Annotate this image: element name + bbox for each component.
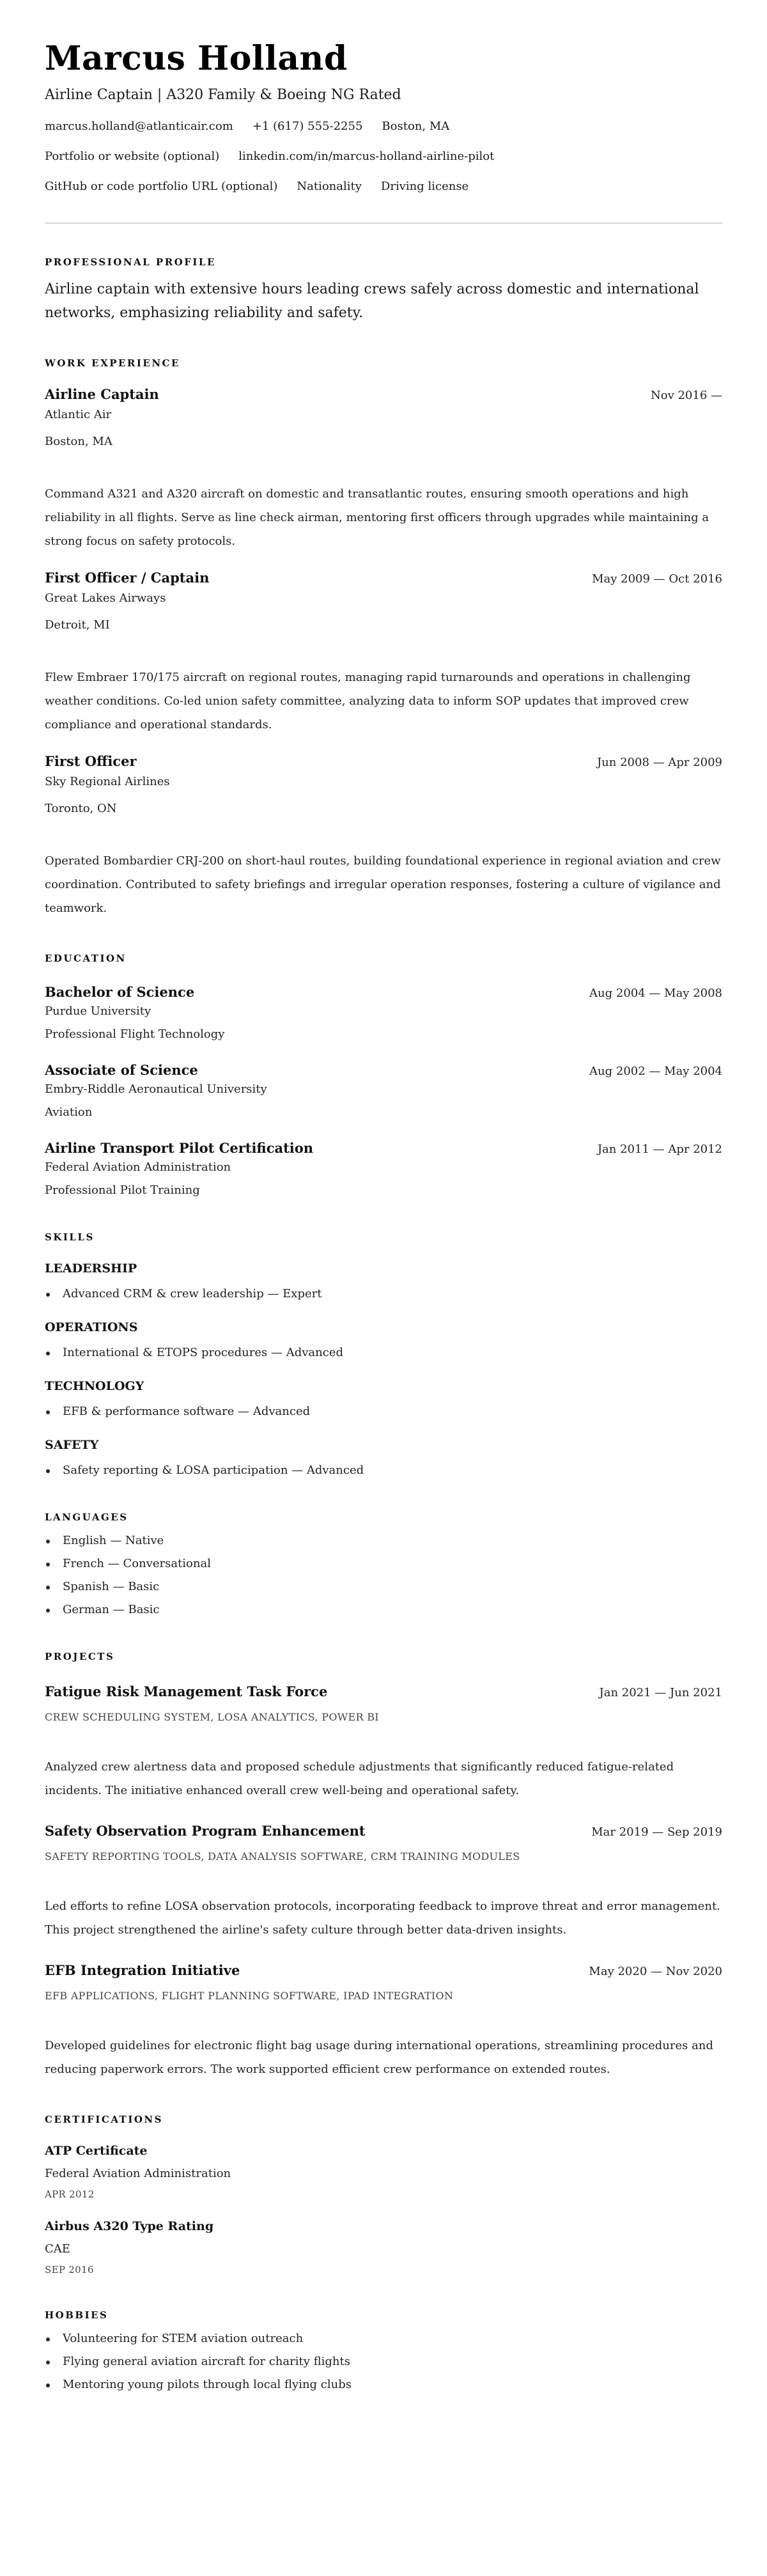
section-education: Education Bachelor of ScienceAug 2004 — … (45, 952, 722, 1199)
project-description: Developed guidelines for electronic flig… (45, 2034, 722, 2081)
degree-title: Associate of Science (45, 1061, 198, 1080)
work-list: Airline CaptainNov 2016 —Atlantic AirBos… (45, 385, 722, 920)
section-title: Languages (45, 1511, 722, 1524)
work-entry: Airline CaptainNov 2016 —Atlantic AirBos… (45, 385, 722, 553)
skill-category-title: OPERATIONS (45, 1319, 722, 1336)
job-dates: Nov 2016 — (651, 387, 722, 404)
project-name: Fatigue Risk Management Task Force (45, 1682, 327, 1701)
skills-list: LEADERSHIPAdvanced CRM & crew leadership… (45, 1260, 722, 1479)
certification-entry: Airbus A320 Type RatingCAESep 2016 (45, 2218, 722, 2277)
project-description: Led efforts to refine LOSA observation p… (45, 1894, 722, 1942)
project-name: EFB Integration Initiative (45, 1961, 240, 1980)
project-entry: EFB Integration InitiativeMay 2020 — Nov… (45, 1961, 722, 2081)
project-technologies: Safety Reporting Tools, Data Analysis So… (45, 1850, 722, 1864)
project-entry: Safety Observation Program EnhancementMa… (45, 1822, 722, 1942)
skill-list: EFB & performance software — Advanced (45, 1403, 722, 1420)
education-dates: Aug 2004 — May 2008 (589, 985, 722, 1002)
project-entry-header: EFB Integration InitiativeMay 2020 — Nov… (45, 1961, 722, 1980)
section-projects: Projects Fatigue Risk Management Task Fo… (45, 1650, 722, 2081)
contact-phone[interactable]: +1 (617) 555-2255 (252, 118, 363, 135)
skill-list: Safety reporting & LOSA participation — … (45, 1462, 722, 1479)
contact-nationality: Nationality (297, 178, 362, 195)
project-entry-header: Fatigue Risk Management Task ForceJan 20… (45, 1682, 722, 1701)
degree-title: Airline Transport Pilot Certification (45, 1139, 313, 1158)
certification-name: ATP Certificate (45, 2143, 722, 2159)
project-name: Safety Observation Program Enhancement (45, 1822, 366, 1841)
languages-list: English — NativeFrench — ConversationalS… (45, 1533, 722, 1618)
certification-issuer: CAE (45, 2241, 722, 2258)
project-entry-header: Safety Observation Program EnhancementMa… (45, 1822, 722, 1841)
job-description: Operated Bombardier CRJ-200 on short-hau… (45, 849, 722, 920)
skill-item: EFB & performance software — Advanced (45, 1403, 722, 1420)
hobby-item: Mentoring young pilots through local fly… (45, 2377, 722, 2393)
contact-row: marcus.holland@atlanticair.com +1 (617) … (45, 118, 722, 135)
field-of-study: Professional Pilot Training (45, 1182, 722, 1199)
institution-name: Purdue University (45, 1003, 722, 1020)
project-dates: May 2020 — Nov 2020 (589, 1963, 722, 1980)
work-entry: First OfficerJun 2008 — Apr 2009Sky Regi… (45, 752, 722, 920)
education-entry: Bachelor of ScienceAug 2004 — May 2008Pu… (45, 983, 722, 1043)
section-title: Work Experience (45, 357, 722, 370)
language-item: French — Conversational (45, 1556, 722, 1572)
section-profile: Professional Profile Airline captain wit… (45, 256, 722, 325)
job-company: Atlantic Air (45, 407, 722, 423)
work-entry: First Officer / CaptainMay 2009 — Oct 20… (45, 568, 722, 737)
job-location: Toronto, ON (45, 800, 722, 817)
section-title: Projects (45, 1650, 722, 1663)
skill-category-title: LEADERSHIP (45, 1260, 722, 1277)
institution-name: Embry-Riddle Aeronautical University (45, 1081, 722, 1098)
job-description: Command A321 and A320 aircraft on domest… (45, 482, 722, 553)
contact-email[interactable]: marcus.holland@atlanticair.com (45, 118, 233, 135)
degree-title: Bachelor of Science (45, 983, 194, 1002)
skill-list: Advanced CRM & crew leadership — Expert (45, 1286, 722, 1302)
education-entry-header: Airline Transport Pilot CertificationJan… (45, 1139, 722, 1158)
candidate-name: Marcus Holland (45, 37, 722, 81)
skill-item: International & ETOPS procedures — Advan… (45, 1345, 722, 1361)
projects-list: Fatigue Risk Management Task ForceJan 20… (45, 1682, 722, 2081)
contact-driving-license: Driving license (381, 178, 469, 195)
field-of-study: Professional Flight Technology (45, 1026, 722, 1043)
profile-summary: Airline captain with extensive hours lea… (45, 277, 722, 325)
education-entry: Associate of ScienceAug 2002 — May 2004E… (45, 1061, 722, 1121)
project-technologies: EFB Applications, Flight Planning Softwa… (45, 1989, 722, 2003)
education-entry: Airline Transport Pilot CertificationJan… (45, 1139, 722, 1199)
job-location: Detroit, MI (45, 617, 722, 634)
contact-row: Portfolio or website (optional) linkedin… (45, 148, 722, 165)
section-work-experience: Work Experience Airline CaptainNov 2016 … (45, 357, 722, 920)
hobbies-list: Volunteering for STEM aviation outreachF… (45, 2330, 722, 2393)
section-languages: Languages English — NativeFrench — Conve… (45, 1511, 722, 1618)
candidate-headline: Airline Captain | A320 Family & Boeing N… (45, 86, 722, 105)
certification-date: Apr 2012 (45, 2187, 722, 2201)
institution-name: Federal Aviation Administration (45, 1159, 722, 1176)
skill-category-title: SAFETY (45, 1437, 722, 1453)
section-certifications: Certifications ATP CertificateFederal Av… (45, 2113, 722, 2277)
certifications-list: ATP CertificateFederal Aviation Administ… (45, 2143, 722, 2277)
education-dates: Jan 2011 — Apr 2012 (598, 1141, 722, 1158)
job-location: Boston, MA (45, 433, 722, 450)
section-title: Professional Profile (45, 256, 722, 269)
project-dates: Jan 2021 — Jun 2021 (600, 1685, 722, 1701)
contact-location: Boston, MA (382, 118, 449, 135)
contact-github[interactable]: GitHub or code portfolio URL (optional) (45, 178, 277, 195)
job-company: Great Lakes Airways (45, 590, 722, 607)
hobby-item: Flying general aviation aircraft for cha… (45, 2354, 722, 2370)
project-technologies: Crew Scheduling System, LOSA Analytics, … (45, 1710, 722, 1724)
job-dates: Jun 2008 — Apr 2009 (597, 754, 722, 771)
education-entry-header: Associate of ScienceAug 2002 — May 2004 (45, 1061, 722, 1080)
skill-item: Safety reporting & LOSA participation — … (45, 1462, 722, 1479)
job-title: First Officer / Captain (45, 568, 209, 588)
section-hobbies: Hobbies Volunteering for STEM aviation o… (45, 2309, 722, 2393)
resume-header: Marcus Holland Airline Captain | A320 Fa… (45, 37, 722, 195)
resume-page: Marcus Holland Airline Captain | A320 Fa… (0, 0, 767, 2425)
section-title: Skills (45, 1231, 722, 1244)
header-divider (45, 222, 722, 224)
language-item: German — Basic (45, 1602, 722, 1618)
project-entry: Fatigue Risk Management Task ForceJan 20… (45, 1682, 722, 1802)
job-company: Sky Regional Airlines (45, 774, 722, 790)
hobby-item: Volunteering for STEM aviation outreach (45, 2330, 722, 2347)
language-item: English — Native (45, 1533, 722, 1549)
contact-portfolio[interactable]: Portfolio or website (optional) (45, 148, 219, 165)
skill-list: International & ETOPS procedures — Advan… (45, 1345, 722, 1361)
section-title: Hobbies (45, 2309, 722, 2322)
skill-item: Advanced CRM & crew leadership — Expert (45, 1286, 722, 1302)
skill-category-title: TECHNOLOGY (45, 1378, 722, 1394)
job-dates: May 2009 — Oct 2016 (592, 571, 722, 588)
section-skills: Skills LEADERSHIPAdvanced CRM & crew lea… (45, 1231, 722, 1479)
education-entry-header: Bachelor of ScienceAug 2004 — May 2008 (45, 983, 722, 1002)
education-list: Bachelor of ScienceAug 2004 — May 2008Pu… (45, 983, 722, 1199)
job-description: Flew Embraer 170/175 aircraft on regiona… (45, 666, 722, 737)
project-description: Analyzed crew alertness data and propose… (45, 1755, 722, 1802)
section-title: Certifications (45, 2113, 722, 2126)
education-dates: Aug 2002 — May 2004 (589, 1063, 722, 1080)
job-title: First Officer (45, 752, 137, 771)
certification-date: Sep 2016 (45, 2263, 722, 2277)
field-of-study: Aviation (45, 1104, 722, 1121)
work-entry-header: First OfficerJun 2008 — Apr 2009 (45, 752, 722, 771)
certification-issuer: Federal Aviation Administration (45, 2166, 722, 2182)
language-item: Spanish — Basic (45, 1579, 722, 1595)
contact-linkedin[interactable]: linkedin.com/in/marcus-holland-airline-p… (238, 148, 494, 165)
work-entry-header: Airline CaptainNov 2016 — (45, 385, 722, 404)
certification-entry: ATP CertificateFederal Aviation Administ… (45, 2143, 722, 2201)
work-entry-header: First Officer / CaptainMay 2009 — Oct 20… (45, 568, 722, 588)
project-dates: Mar 2019 — Sep 2019 (591, 1824, 722, 1841)
job-title: Airline Captain (45, 385, 159, 404)
contact-row: GitHub or code portfolio URL (optional) … (45, 178, 722, 195)
certification-name: Airbus A320 Type Rating (45, 2218, 722, 2235)
section-title: Education (45, 952, 722, 965)
